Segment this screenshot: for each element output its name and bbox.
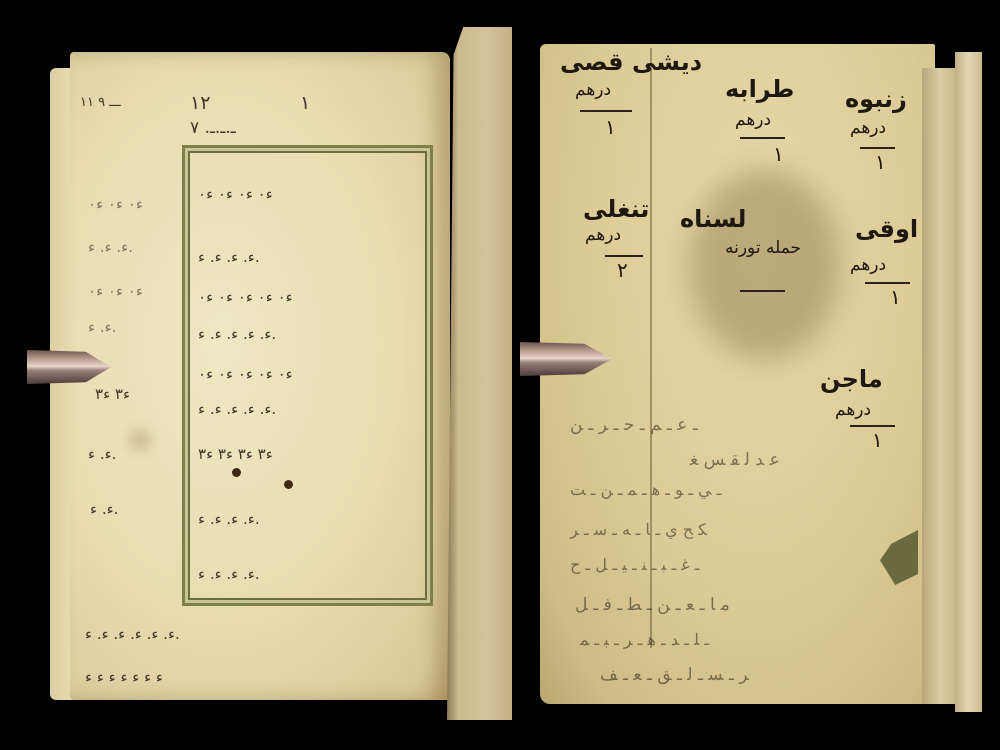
margin-line: ء. ء. ء. bbox=[88, 238, 133, 256]
framed-line: ء. ء. ء. ء. ء. bbox=[198, 400, 276, 418]
right-page-edge bbox=[922, 68, 958, 704]
right-page-edge bbox=[955, 52, 982, 712]
margin-line: ء. ء. bbox=[90, 500, 118, 518]
faint-line: ـ ﻠ ـ ﺪ ـ ﻫ ـ ﺮ ـ ﺒ ـ ﻤ bbox=[580, 630, 709, 649]
header-mark: ۱۲ bbox=[190, 92, 210, 114]
ink-stain bbox=[130, 430, 150, 450]
left-manuscript-photo: ـــ ۹ ۱۱ ۱۲ ١ ـ.ـ.ـ. ٧ ء۰ ء۰ ء۰ ء۰ ء. ء.… bbox=[0, 0, 512, 750]
framed-line: ء. ء. ء. ء. bbox=[198, 565, 260, 583]
corner-note: ـــ ۹ ۱۱ bbox=[80, 95, 121, 110]
left-cover-board bbox=[447, 27, 512, 720]
framed-line: ء۰ ء۰ ء۰ ء۰ ء۰ bbox=[198, 365, 293, 383]
faint-line: ـ ﻲ ـ ﻮ ـ ﻫ ـ ﻤ ـ ﻦ ـ ﺖ bbox=[570, 480, 721, 499]
margin-line: ء. ء. bbox=[88, 318, 116, 336]
faint-line: ـ ﻏ ـ ﺒ ـ ﻨ ـ ﻴ ـ ﻞ ـ ﺡ bbox=[570, 555, 699, 574]
worm-hole bbox=[284, 480, 293, 489]
framed-line: ء. ء. ء. ء. bbox=[198, 248, 260, 266]
margin-line: ء۰ ء۰ ء۰ bbox=[88, 195, 143, 213]
header-mark: ١ bbox=[300, 92, 310, 114]
margin-line: ء۳ ء۳ bbox=[95, 385, 130, 403]
framed-line: ء. ء. ء. ء. bbox=[198, 510, 260, 528]
margin-line: ء۰ ء۰ ء۰ bbox=[88, 282, 143, 300]
framed-line: ء۰ ء۰ ء۰ ء۰ bbox=[198, 185, 273, 203]
faint-line: ـ ﻋ ـ ﻢ ـ ﺣ ـ ﺮ ـ ﻦ bbox=[570, 415, 698, 435]
faint-line: ﻣ ﺎ ـ ﻌ ـ ﻦ ـ ﻄ ـ ﻓ ـ ﻞ bbox=[575, 595, 730, 615]
framed-line: ء. ء. ء. ء. ء. bbox=[198, 325, 276, 343]
worm-hole bbox=[232, 468, 241, 477]
water-stain bbox=[690, 170, 840, 360]
bottom-line: ء ء ء ء ء ء ء bbox=[85, 668, 163, 686]
framed-line: ء۰ ء۰ ء۰ ء۰ ء۰ bbox=[198, 288, 293, 306]
margin-line: ء. ء. bbox=[88, 445, 116, 463]
framed-line: ء۳ ء۳ ء۳ ء۳ bbox=[198, 445, 273, 463]
faint-line: ﻜ ﺢ ﻱ ـ ﺎ ـ ﻪ ـ ﺳ ـ ﺮ bbox=[570, 520, 707, 539]
header-line: ـ.ـ.ـ. ٧ bbox=[190, 118, 236, 138]
bottom-line: ء. ء. ء. ء. ء. ء. bbox=[85, 625, 180, 643]
faint-line: ﺮ ـ ﺴ ـ ﻟ ـ ﻖ ـ ﻌ ـ ﻒ bbox=[600, 665, 749, 685]
faint-line: ﻋ ﺪ ﻟ ﻘ ﺲ ﻐ bbox=[690, 450, 780, 470]
